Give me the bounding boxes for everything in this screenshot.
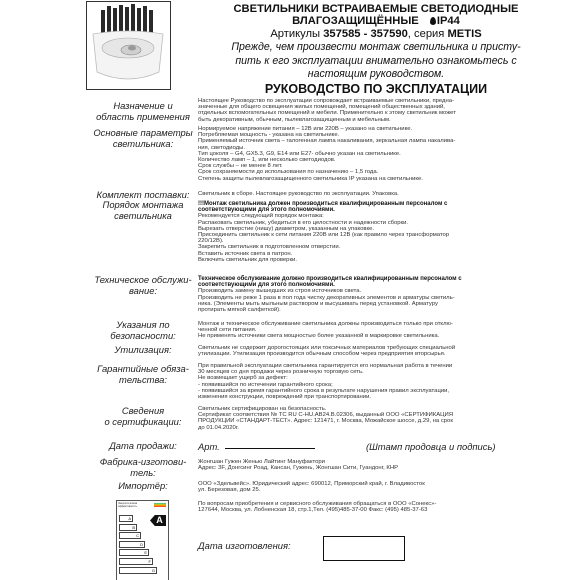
- text-line: Светильник в сборе. Настоящее руководств…: [198, 191, 480, 197]
- intro-note: Прежде, чем произвести монтаж светильник…: [176, 41, 576, 82]
- energy-class-a: A: [119, 515, 133, 522]
- article-line: Артикулы 357585 - 357590, серия METIS: [176, 28, 576, 40]
- energy-class-c: C: [119, 532, 141, 539]
- text-line: Адрес: 3F, Донгсинг Роад, Кансан, Гужень…: [198, 465, 480, 471]
- intro-line: настоящим руководством.: [176, 68, 576, 82]
- text-mounting: !!!Монтаж светильника должен производить…: [198, 201, 480, 263]
- label-importer: Импортёр:: [88, 481, 198, 492]
- label-params: Основные параметрысветильника:: [88, 128, 198, 149]
- product-title-line1: СВЕТИЛЬНИКИ ВСТРАИВАЕМЫЕ СВЕТОДИОДНЫЕ: [176, 3, 576, 15]
- water-drop-icon: [430, 17, 436, 25]
- text-kit: Светильник в сборе. Настоящее руководств…: [198, 191, 480, 197]
- energy-rating-arrow: A: [150, 515, 166, 526]
- text-line: 127644, Москва, ул. Лобненская 18, стр.1…: [198, 507, 480, 513]
- text-line: Применяемый источник света – галогенная …: [198, 138, 480, 144]
- text-line: Производить не реже 1 раза в пол года чи…: [198, 295, 480, 301]
- text-line: Включить светильник для проверки.: [198, 257, 480, 263]
- product-photo: [86, 1, 171, 90]
- series-prefix: , серия: [408, 28, 448, 40]
- label-sale-date: Дата продажи:: [88, 441, 198, 452]
- text-line: ПРОДУКЦИИ «СТАНДАРТ-ТЕСТ». Адрес: 121471…: [198, 418, 480, 424]
- text-line: до 01.04.2020г.: [198, 425, 480, 431]
- label-certification: Сведенияо сертификации:: [88, 406, 198, 427]
- text-purpose: Настоящее Руководство по эксплуатации со…: [198, 98, 480, 123]
- text-line: Не применять источники света мощностью б…: [198, 333, 480, 339]
- manual-title: РУКОВОДСТВО ПО ЭКСПЛУАТАЦИИ: [176, 82, 576, 96]
- intro-line: Прежде, чем произвести монтаж светильник…: [176, 41, 576, 55]
- text-line: Степень защиты пылевлагозащищенного свет…: [198, 176, 480, 182]
- text-line: протирать мягкой салфеткой).: [198, 307, 480, 313]
- text-params: Нормируемое напряжение питания – 12В или…: [198, 126, 480, 182]
- energy-class-g: G: [119, 567, 157, 574]
- label-safety: Указания побезопасности:: [88, 320, 198, 341]
- energy-class-f: F: [119, 558, 153, 565]
- text-line: утилизации. Утилизация производится обыч…: [198, 351, 480, 357]
- article-field-line[interactable]: [225, 448, 315, 449]
- label-manufacturer: Фабрика-изготови-тель:: [88, 457, 198, 478]
- label-warranty: Гарантийные обяза-тельства:: [88, 364, 198, 385]
- text-disposal: Светильник не содержит дорогостоящих или…: [198, 345, 480, 357]
- article-field-label: Арт.: [198, 441, 220, 452]
- text-certification: Светильник сертифицирован на безопасност…: [198, 406, 480, 431]
- ip-rating: IP44: [437, 15, 460, 27]
- product-title-line2: ВЛАГОЗАЩИЩЁННЫЕ IP44: [176, 15, 576, 27]
- downlight-image: [87, 2, 170, 89]
- energy-class-d: D: [119, 541, 145, 548]
- text-line: изменения конструкции, повреждений при т…: [198, 394, 480, 400]
- text-line: быть декоративным, обычным, пылевлагозащ…: [198, 117, 480, 123]
- energy-efficiency-label: Энергетическаяэффективность ABCDEFG A: [116, 500, 169, 580]
- energy-class-e: E: [119, 549, 149, 556]
- energy-color-stripe: [154, 503, 166, 507]
- manufacture-date-box[interactable]: [323, 536, 405, 561]
- text-manufacturer: Жонгшан Гужен Женью Лайтинг МануфакториА…: [198, 459, 480, 471]
- text-line: отдельных вспомогательных помещений и ме…: [198, 110, 480, 116]
- label-manufacture-date: Дата изготовления:: [198, 540, 291, 551]
- article-numbers: 357585 - 357590: [323, 28, 408, 40]
- product-title-waterproof: ВЛАГОЗАЩИЩЁННЫЕ: [292, 15, 419, 27]
- text-safety: Монтаж и техническое обслуживание светил…: [198, 321, 480, 340]
- articles-prefix: Артикулы: [270, 28, 323, 40]
- series-name: METIS: [447, 28, 481, 40]
- text-importer: ООО «Здельвейс». Юридический адрес: 6900…: [198, 481, 480, 493]
- text-line: Присоединить светильник к сети питания 2…: [198, 232, 480, 238]
- intro-line: пить к его эксплуатации внимательно озна…: [176, 55, 576, 69]
- label-purpose: Назначение иобласть применения: [88, 101, 198, 122]
- stamp-note: (Штамп продовца и подпись): [366, 441, 496, 452]
- label-mounting: Порядок монтажасветильника: [88, 200, 198, 221]
- text-maintenance: Техническое обслуживание должно производ…: [198, 276, 480, 313]
- label-disposal: Утилизация:: [88, 345, 198, 356]
- text-line: ул. Березовая, дом 25.: [198, 487, 480, 493]
- text-warranty: При правильной эксплуатации светильника …: [198, 363, 480, 400]
- text-service: По вопросам приобретения и сервисного об…: [198, 501, 480, 513]
- energy-class-b: B: [119, 524, 137, 531]
- label-maintenance: Техническое обслужи-вание:: [88, 275, 198, 296]
